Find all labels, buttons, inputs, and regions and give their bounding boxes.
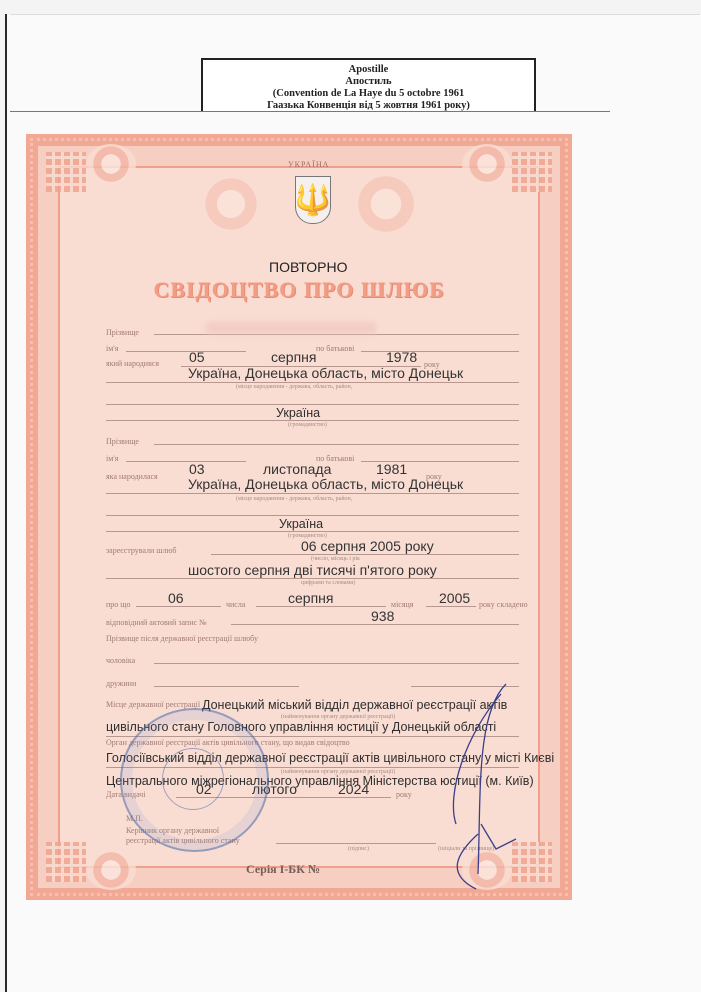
wife-surname-label: Прізвище xyxy=(106,437,139,446)
redacted-field xyxy=(206,322,376,334)
trident-icon: 🔱 xyxy=(295,176,331,224)
husband-birthplace-line xyxy=(106,382,519,383)
record-year: 2005 xyxy=(439,590,470,606)
wife-after-label: дружини xyxy=(106,679,136,688)
record-number-label: відповідний актовий запис № xyxy=(106,618,207,627)
rose-ornament xyxy=(86,144,136,184)
record-number-line xyxy=(231,624,519,625)
rose-ornament xyxy=(86,850,136,890)
husband-name-label: ім'я xyxy=(106,344,118,353)
corner-ornament-tr xyxy=(512,152,552,192)
corner-ornament-tl xyxy=(46,152,86,192)
husband-patronymic-line xyxy=(361,351,519,352)
record-year-line xyxy=(426,606,476,607)
registration-date-line xyxy=(211,554,519,555)
registration-date-digits: 06 серпня 2005 року xyxy=(301,538,434,554)
top-divider xyxy=(10,14,700,15)
apostille-line-1: Apostille xyxy=(203,64,534,76)
husband-name-line xyxy=(126,351,246,352)
wife-surname-line xyxy=(154,444,519,445)
apostille-divider xyxy=(10,111,610,112)
corner-ornament-bl xyxy=(46,842,86,882)
rose-ornament xyxy=(196,174,266,234)
apostille-line-2: Апостиль xyxy=(203,76,534,88)
official-stamp xyxy=(120,708,269,852)
month-label: місяця xyxy=(391,600,413,609)
wife-birth-month: листопада xyxy=(263,461,331,477)
registration-date-words: шостого серпня дві тисячі п'ятого року xyxy=(188,562,437,578)
husband-birthplace: Україна, Донецька область, місто Донецьк xyxy=(188,365,463,381)
husband-birthplace-line-2 xyxy=(106,404,519,405)
wife-birth-day: 03 xyxy=(189,461,205,477)
wife-birthplace-line xyxy=(106,493,519,494)
repeat-label: ПОВТОРНО xyxy=(269,259,348,275)
signature-mark xyxy=(386,674,536,904)
registration-date-words-line xyxy=(106,578,519,579)
wife-birthplace: Україна, Донецька область, місто Донецьк xyxy=(188,476,463,492)
signature-hint: (підпис) xyxy=(348,846,369,852)
wife-citizenship: Україна xyxy=(279,517,323,531)
rose-ornament xyxy=(346,174,426,234)
country-label: УКРАЇНА xyxy=(288,160,329,169)
husband-born-label: який народився xyxy=(106,359,159,368)
husband-birth-month: серпня xyxy=(271,349,316,365)
surname-after-label: Прізвище після державної реєстрації шлюб… xyxy=(106,634,258,643)
about-label: про що xyxy=(106,600,130,609)
marriage-certificate: УКРАЇНА 🔱 ПОВТОРНО СВІДОЦТВО ПРО ШЛЮБ Пр… xyxy=(26,134,572,900)
apostille-header: Apostille Апостиль (Convention de La Hay… xyxy=(201,58,536,111)
wife-name-label: ім'я xyxy=(106,454,118,463)
wife-citizenship-line xyxy=(106,531,519,532)
husband-birth-day: 05 xyxy=(189,349,205,365)
series-number: Серія І-БК № xyxy=(246,862,320,877)
husband-citizenship-line xyxy=(106,420,519,421)
record-month-line xyxy=(256,606,386,607)
wife-birth-year: 1981 xyxy=(376,461,407,477)
record-day: 06 xyxy=(168,590,184,606)
wife-name-line xyxy=(126,461,246,462)
wife-born-label: яка народилася xyxy=(106,472,158,481)
apostille-line-3: (Convention de La Haye du 5 octobre 1961 xyxy=(203,88,534,100)
husband-birth-year: 1978 xyxy=(386,349,417,365)
husband-surname-line xyxy=(154,334,519,335)
rose-ornament xyxy=(462,144,512,184)
husband-after-line xyxy=(154,663,519,664)
citizenship-hint: (громадянство) xyxy=(288,422,327,428)
birthplace-hint: (місце народження - держава, область, ра… xyxy=(236,496,352,502)
husband-surname-label: Прізвище xyxy=(106,328,139,337)
husband-citizenship: Україна xyxy=(276,406,320,420)
record-number: 938 xyxy=(371,608,394,624)
certificate-title: СВІДОЦТВО ПРО ШЛЮБ xyxy=(26,277,572,303)
husband-patronymic-label: по батькові xyxy=(316,344,354,353)
registered-label: зареєстрували шлюб xyxy=(106,546,177,555)
wife-birthplace-line-2 xyxy=(106,515,519,516)
wife-after-line xyxy=(154,686,299,687)
husband-after-label: чоловіка xyxy=(106,656,135,665)
issue-year: 2024 xyxy=(338,781,369,797)
record-day-line xyxy=(136,606,221,607)
record-month: серпня xyxy=(288,590,333,606)
date-words-hint: цифрами та словами) xyxy=(301,580,355,586)
day-label: числа xyxy=(226,600,245,609)
year-label: року складено xyxy=(479,600,528,609)
birthplace-hint: (місце народження - держава, область, ра… xyxy=(236,384,352,390)
